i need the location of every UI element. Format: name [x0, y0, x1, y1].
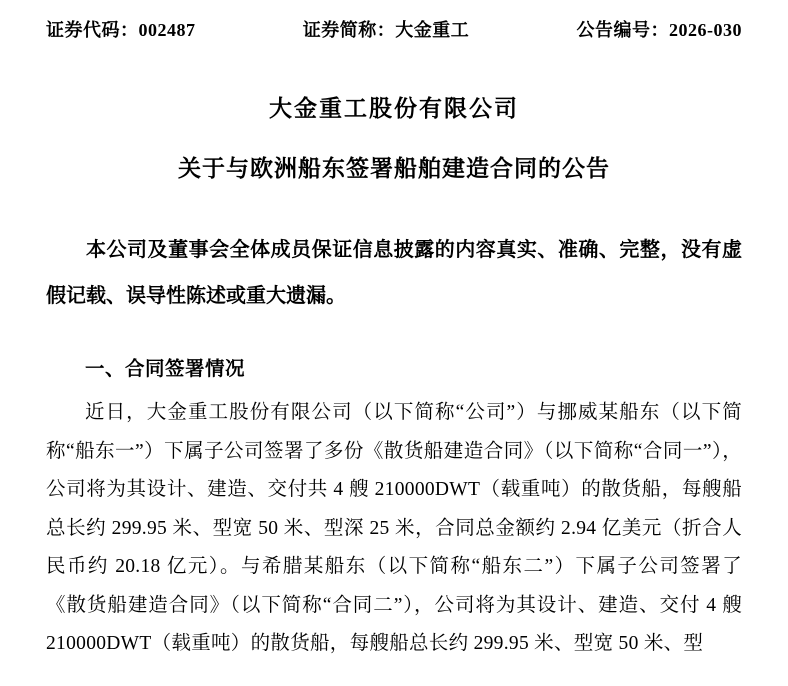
stock-code-value: 002487	[139, 20, 196, 40]
announcement-number-label: 公告编号：	[577, 20, 670, 40]
stock-code: 证券代码：002487	[46, 16, 196, 42]
stock-abbr: 证券简称：大金重工	[303, 16, 470, 42]
announcement-document: 证券代码：002487 证券简称：大金重工 公告编号：2026-030 大金重工…	[0, 0, 788, 686]
section-heading-contract-signing: 一、合同签署情况	[46, 353, 742, 381]
announcement-number-value: 2026-030	[669, 20, 742, 40]
stock-abbr-value: 大金重工	[395, 20, 469, 40]
board-declaration: 本公司及董事会全体成员保证信息披露的内容真实、准确、完整，没有虚假记载、误导性陈…	[46, 227, 742, 319]
document-header: 证券代码：002487 证券简称：大金重工 公告编号：2026-030	[46, 16, 742, 42]
announcement-number: 公告编号：2026-030	[577, 16, 743, 42]
stock-abbr-label: 证券简称：	[303, 20, 396, 40]
stock-code-label: 证券代码：	[46, 20, 139, 40]
contract-signing-paragraph: 近日，大金重工股份有限公司（以下简称“公司”）与挪威某船东（以下简称“船东一”）…	[46, 394, 742, 664]
announcement-subject: 关于与欧洲船东签署船舶建造合同的公告	[46, 150, 742, 183]
company-title: 大金重工股份有限公司	[46, 90, 742, 123]
